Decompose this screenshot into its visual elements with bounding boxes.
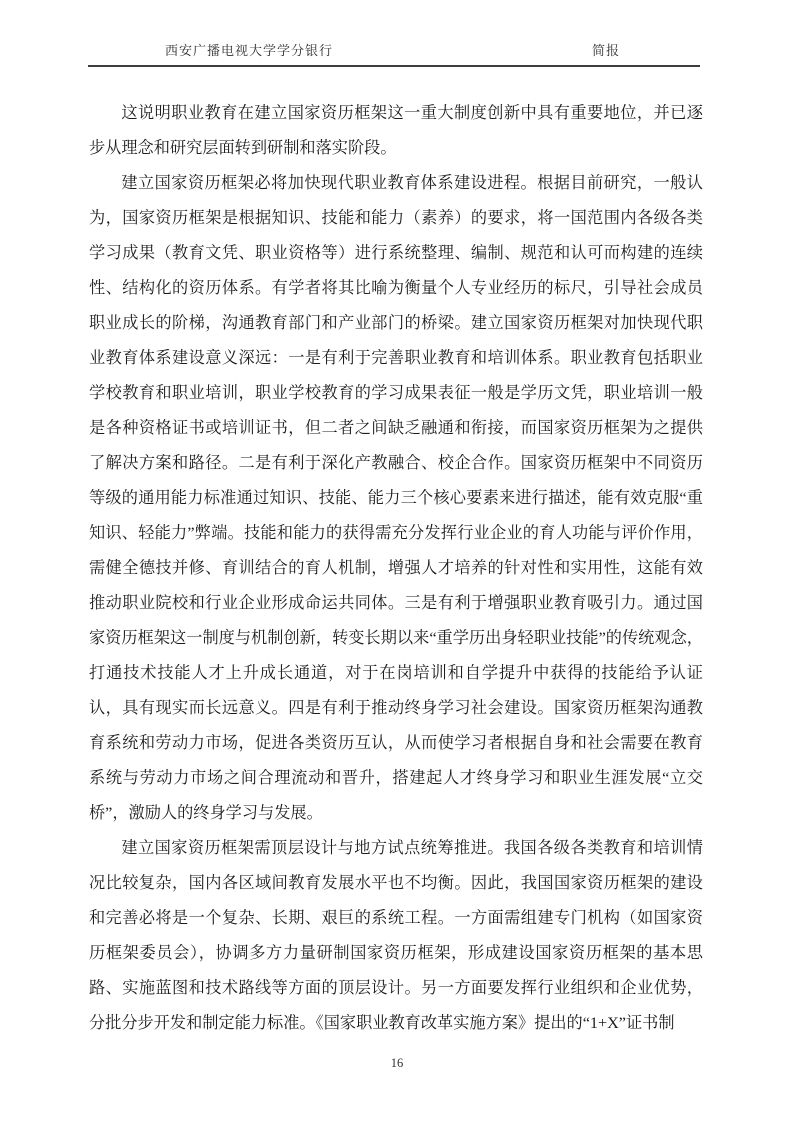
- document-page: 西安广播电视大学学分银行 简报 这说明职业教育在建立国家资历框架这一重大制度创新…: [0, 0, 794, 1123]
- document-body: 这说明职业教育在建立国家资历框架这一重大制度创新中具有重要地位，并已逐步从理念和…: [89, 96, 703, 1041]
- header-org-name: 西安广播电视大学学分银行: [88, 40, 333, 59]
- page-footer: 16: [0, 1056, 794, 1071]
- body-paragraph-1: 这说明职业教育在建立国家资历框架这一重大制度创新中具有重要地位，并已逐步从理念和…: [89, 96, 703, 166]
- body-paragraph-3: 建立国家资历框架需顶层设计与地方试点统筹推进。我国各级各类教育和培训情况比较复杂…: [89, 831, 703, 1041]
- page-header: 西安广播电视大学学分银行 简报: [88, 40, 700, 67]
- page-number: 16: [391, 1056, 404, 1070]
- header-doc-type: 简报: [592, 40, 700, 59]
- body-paragraph-2: 建立国家资历框架必将加快现代职业教育体系建设进程。根据目前研究，一般认为，国家资…: [89, 166, 703, 831]
